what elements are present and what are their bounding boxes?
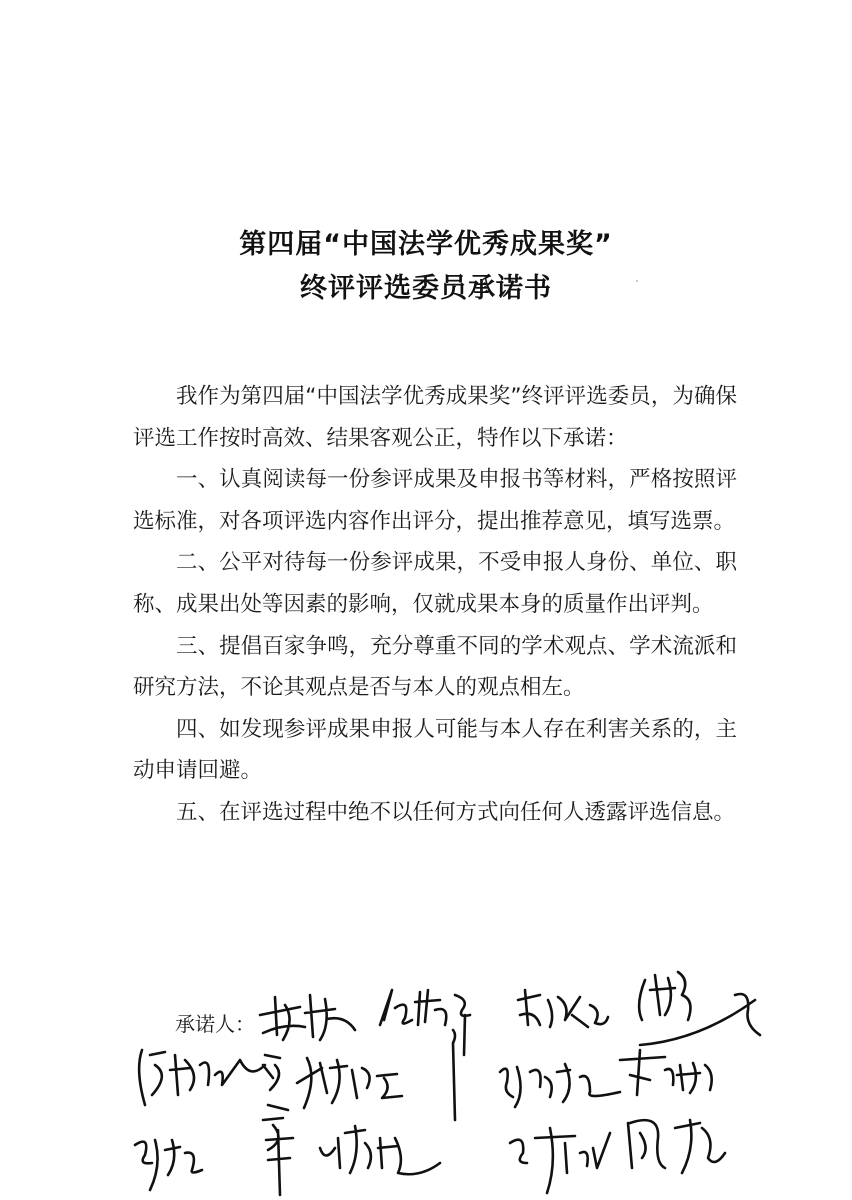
signature-10: [130, 1125, 210, 1195]
paragraph-commitment-2: 二、公平对待每一份参评成果，不受申报人身份、单位、职称、成果出处等因素的影响，仅…: [133, 542, 737, 625]
signature-14: [620, 1108, 730, 1188]
scan-speck: [636, 280, 638, 282]
signature-13: [505, 1118, 615, 1198]
signature-12: [310, 1118, 450, 1188]
signature-5: [130, 1040, 270, 1110]
signature-11: [258, 1100, 303, 1200]
paragraph-commitment-3: 三、提倡百家争鸣，充分尊重不同的学术观点、学术流派和研究方法，不论其观点是否与本…: [133, 626, 737, 709]
signature-9: [615, 1045, 735, 1105]
document-page: 第四届“中国法学优秀成果奖” 终评评选委员承诺书 我作为第四届“中国法学优秀成果…: [0, 0, 852, 1200]
document-body: 我作为第四届“中国法学优秀成果奖”终评评选委员，为确保评选工作按时高效、结果客观…: [133, 376, 737, 834]
signature-6: [255, 1050, 295, 1100]
paragraph-commitment-1: 一、认真阅读每一份参评成果及申报书等材料，严格按照评选标准，对各项评选内容作出评…: [133, 459, 737, 542]
signature-3: [510, 985, 610, 1035]
document-title-line-1: 第四届“中国法学优秀成果奖”: [0, 222, 852, 261]
signature-8: [495, 1052, 625, 1122]
signature-7: [292, 1048, 412, 1118]
signature-16: [730, 985, 770, 1045]
signatory-label: 承诺人：: [175, 1008, 255, 1037]
signature-15: [445, 1025, 465, 1125]
signature-1: [255, 985, 365, 1045]
paragraph-commitment-4: 四、如发现参评成果申报人可能与本人存在利害关系的，主动申请回避。: [133, 709, 737, 792]
paragraph-intro: 我作为第四届“中国法学优秀成果奖”终评评选委员，为确保评选工作按时高效、结果客观…: [133, 376, 737, 459]
paragraph-commitment-5: 五、在评选过程中绝不以任何方式向任何人透露评选信息。: [133, 792, 737, 834]
document-title-line-2: 终评评选委员承诺书: [0, 266, 852, 305]
